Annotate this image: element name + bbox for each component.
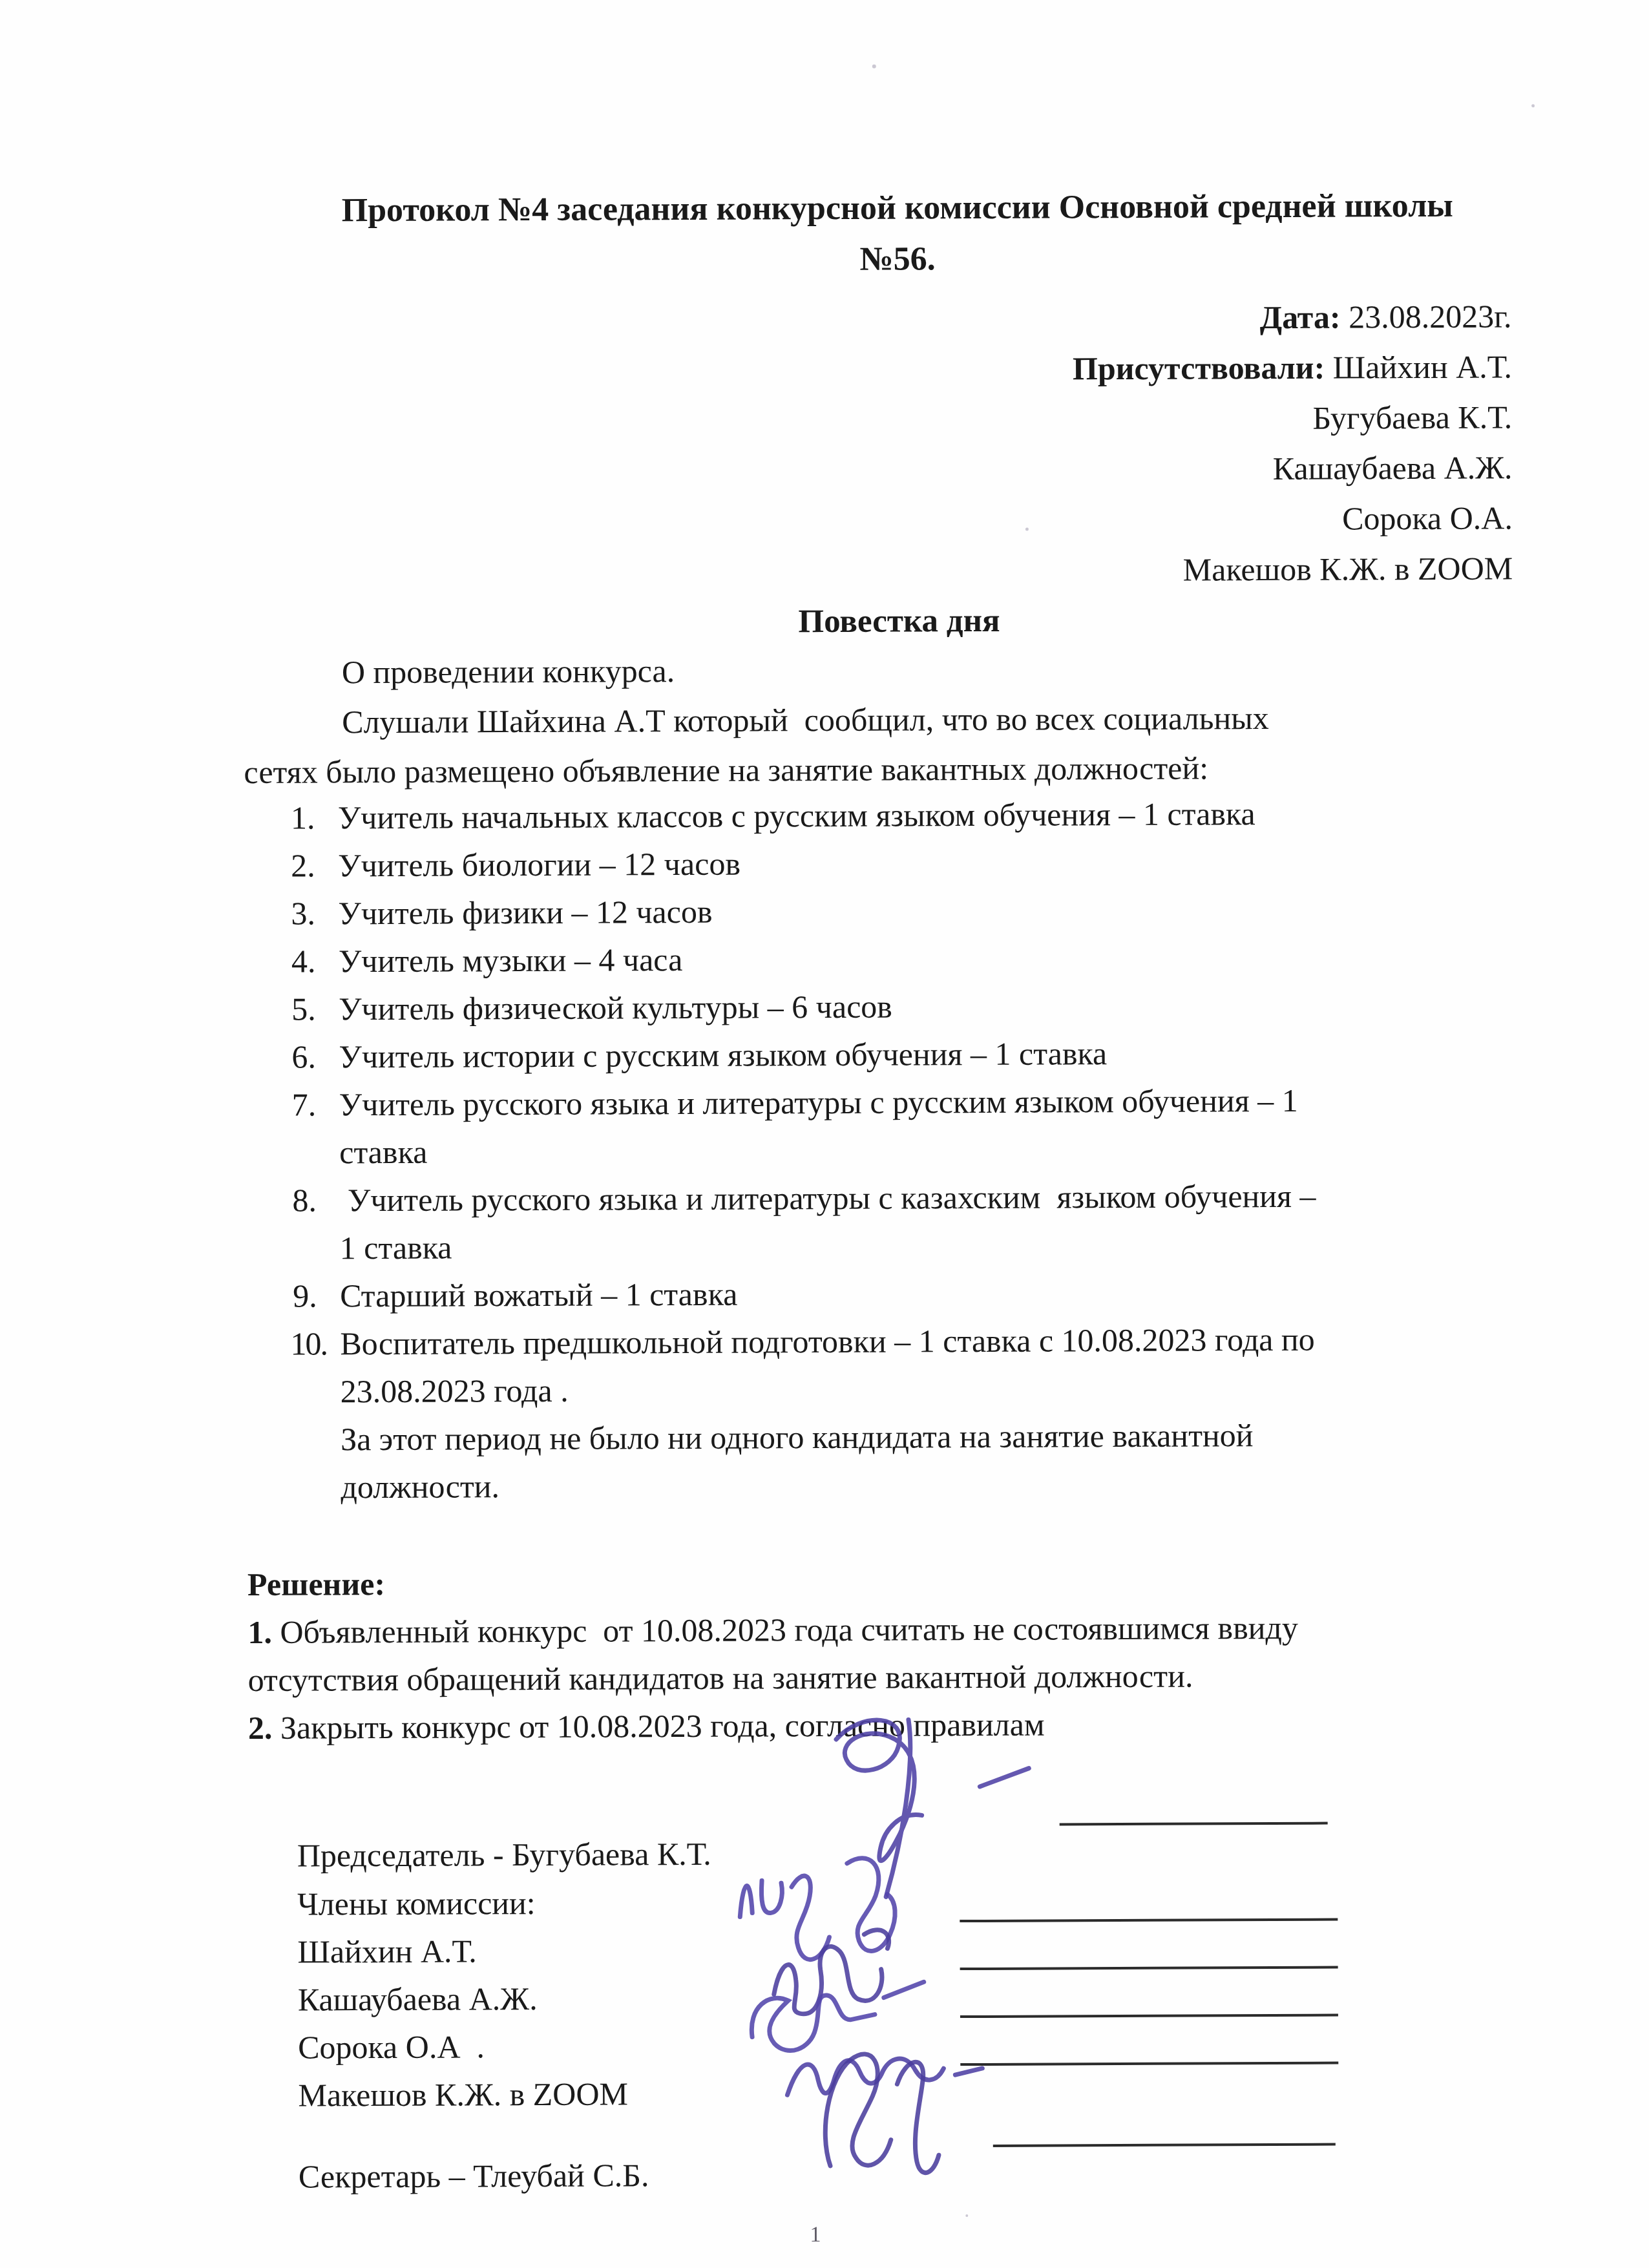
- signature-row-secretary: Секретарь – Тлеубай С.Б.: [250, 2099, 1536, 2153]
- list-item-continuation: ставка: [246, 1123, 1531, 1177]
- scan-speck: [1531, 104, 1535, 107]
- list-item-text: 1 ставка: [340, 1230, 452, 1266]
- decision-item-2-text: Закрыть конкурс от 10.08.2023 года, согл…: [272, 1706, 1044, 1746]
- document-title: Протокол №4 заседания конкурсной комисси…: [268, 180, 1528, 288]
- list-item-number: 3.: [291, 889, 315, 937]
- signature-line: [960, 2062, 1338, 2066]
- list-item-text: Учитель биологии – 12 часов: [338, 846, 740, 884]
- list-item-number: 10.: [290, 1319, 327, 1367]
- signature-row-member-4: Макешов К.Ж. в ZOOM: [249, 2018, 1535, 2072]
- list-item-text: Воспитатель предшкольной подготовки – 1 …: [340, 1321, 1315, 1362]
- document-content: Протокол №4 заседания конкурсной комисси…: [0, 0, 1649, 2268]
- list-item: 9.Старший вожатый – 1 ставка: [246, 1266, 1532, 1320]
- signature-row-member-1: Шайхин А.Т.: [249, 1874, 1535, 1928]
- signature-row-members-label: Члены комиссии:: [249, 1827, 1535, 1880]
- title-line-2: №56.: [268, 231, 1528, 288]
- date-label: Дата:: [1260, 299, 1341, 336]
- agenda-heading: Повестка дня: [269, 594, 1529, 648]
- agenda-note-line-1: За этот период не было ни одного кандида…: [247, 1410, 1533, 1464]
- attendee-4: Макешов К.Ж. в ZOOM: [1073, 543, 1513, 595]
- meta-block: Дата: 23.08.2023г. Присутствовали: Шайхи…: [1072, 291, 1513, 595]
- attendee-2: Кашаубаева А.Ж.: [1073, 442, 1512, 494]
- list-item-text: Учитель физики – 12 часов: [338, 894, 712, 932]
- list-item: 2.Учитель биологии – 12 часов: [244, 836, 1530, 890]
- list-item-text: Учитель русского языка и литературы с ка…: [339, 1178, 1316, 1219]
- signature-row-member-3: Сорока О.А .: [249, 1970, 1535, 2024]
- agenda-intro-line-1: О проведении конкурса.: [244, 642, 1529, 698]
- agenda-note-line-2: должности.: [247, 1458, 1533, 1511]
- title-line-1: Протокол №4 заседания конкурсной комисси…: [268, 180, 1528, 236]
- list-item-text: Учитель начальных классов с русским язык…: [338, 795, 1255, 835]
- list-item-number: 7.: [292, 1080, 317, 1128]
- list-item: 1.Учитель начальных классов с русским яз…: [244, 788, 1530, 842]
- date-value: 23.08.2023г.: [1340, 298, 1511, 335]
- note-text: должности.: [341, 1468, 499, 1505]
- signature-line: [960, 1966, 1338, 1971]
- list-item: 3.Учитель физики – 12 часов: [244, 884, 1530, 938]
- signature-line: [1060, 1822, 1328, 1826]
- list-item-text: Учитель истории с русским языком обучени…: [339, 1035, 1107, 1075]
- signature-line: [993, 2143, 1336, 2147]
- list-item: 6.Учитель истории с русским языком обуче…: [245, 1027, 1531, 1081]
- list-item: 4.Учитель музыки – 4 часа: [245, 932, 1531, 985]
- list-item: 5.Учитель физической культуры – 6 часов: [245, 980, 1531, 1033]
- list-item-text: Старший вожатый – 1 ставка: [340, 1276, 737, 1314]
- decision-item-1-number: 1.: [247, 1614, 272, 1650]
- list-item-continuation: 1 ставка: [246, 1219, 1532, 1272]
- list-item: 10.Воспитатель предшкольной подготовки –…: [246, 1314, 1532, 1368]
- scan-speck: [965, 2214, 968, 2217]
- attendee-1: Бугубаева К.Т.: [1073, 392, 1512, 444]
- list-item-text: ставка: [339, 1134, 427, 1171]
- decision-item-1-text: Объявленный конкурс от 10.08.2023 года с…: [272, 1610, 1298, 1650]
- attendees-line-1: Присутствовали: Шайхин А.Т.: [1073, 341, 1512, 394]
- list-item-number: 2.: [291, 841, 315, 889]
- decision-item-1-line-1: 1. Объявленный конкурс от 10.08.2023 год…: [247, 1602, 1533, 1656]
- secretary-label: Секретарь – Тлеубай С.Б.: [299, 2157, 649, 2194]
- vacancy-list: 1.Учитель начальных классов с русским яз…: [244, 788, 1533, 1511]
- decision-item-2-number: 2.: [248, 1710, 273, 1746]
- list-item-text: Учитель русского языка и литературы с ру…: [339, 1082, 1298, 1122]
- signature-row-chairman: Председатель - Бугубаева К.Т.: [248, 1778, 1534, 1832]
- list-item-number: 1.: [291, 793, 315, 841]
- list-item-text: Учитель музыки – 4 часа: [339, 941, 683, 979]
- signature-row-member-2: Кашаубаева А.Ж.: [249, 1922, 1535, 1976]
- attendees-label: Присутствовали:: [1073, 350, 1325, 387]
- list-item-number: 4.: [291, 937, 316, 985]
- scan-speck: [1025, 528, 1029, 531]
- agenda-intro-line-2: Слушали Шайхина А.Т который сообщил, что…: [244, 692, 1529, 748]
- list-item-number: 6.: [291, 1033, 316, 1080]
- signature-line: [960, 2014, 1338, 2019]
- scan-speck: [872, 65, 876, 68]
- decision-item-2: 2. Закрыть конкурс от 10.08.2023 года, с…: [248, 1698, 1534, 1752]
- attendee-0: Шайхин А.Т.: [1325, 348, 1512, 385]
- decision-heading: Решение:: [247, 1555, 1533, 1608]
- list-item: 8. Учитель русского языка и литературы с…: [246, 1171, 1531, 1224]
- attendee-3: Сорока О.А.: [1073, 492, 1513, 545]
- page-number: 1: [810, 2223, 821, 2247]
- list-item-text: 23.08.2023 года .: [341, 1372, 569, 1410]
- scanned-protocol-page: Протокол №4 заседания конкурсной комисси…: [0, 0, 1649, 2268]
- decision-item-1-line-2: отсутствия обращений кандидатов на занят…: [248, 1650, 1534, 1704]
- signature-line: [960, 1918, 1338, 1923]
- note-text: За этот период не было ни одного кандида…: [341, 1417, 1254, 1457]
- list-item-number: 5.: [291, 985, 316, 1033]
- decision-section: Решение: 1. Объявленный конкурс от 10.08…: [247, 1555, 1534, 1752]
- list-item: 7.Учитель русского языка и литературы с …: [246, 1075, 1531, 1129]
- list-item-continuation: 23.08.2023 года .: [247, 1362, 1533, 1416]
- agenda-intro: О проведении конкурса. Слушали Шайхина А…: [244, 642, 1530, 797]
- date-line: Дата: 23.08.2023г.: [1072, 291, 1511, 343]
- list-item-number: 9.: [293, 1272, 317, 1319]
- list-item-number: 8.: [292, 1176, 317, 1224]
- list-item-text: Учитель физической культуры – 6 часов: [339, 989, 892, 1027]
